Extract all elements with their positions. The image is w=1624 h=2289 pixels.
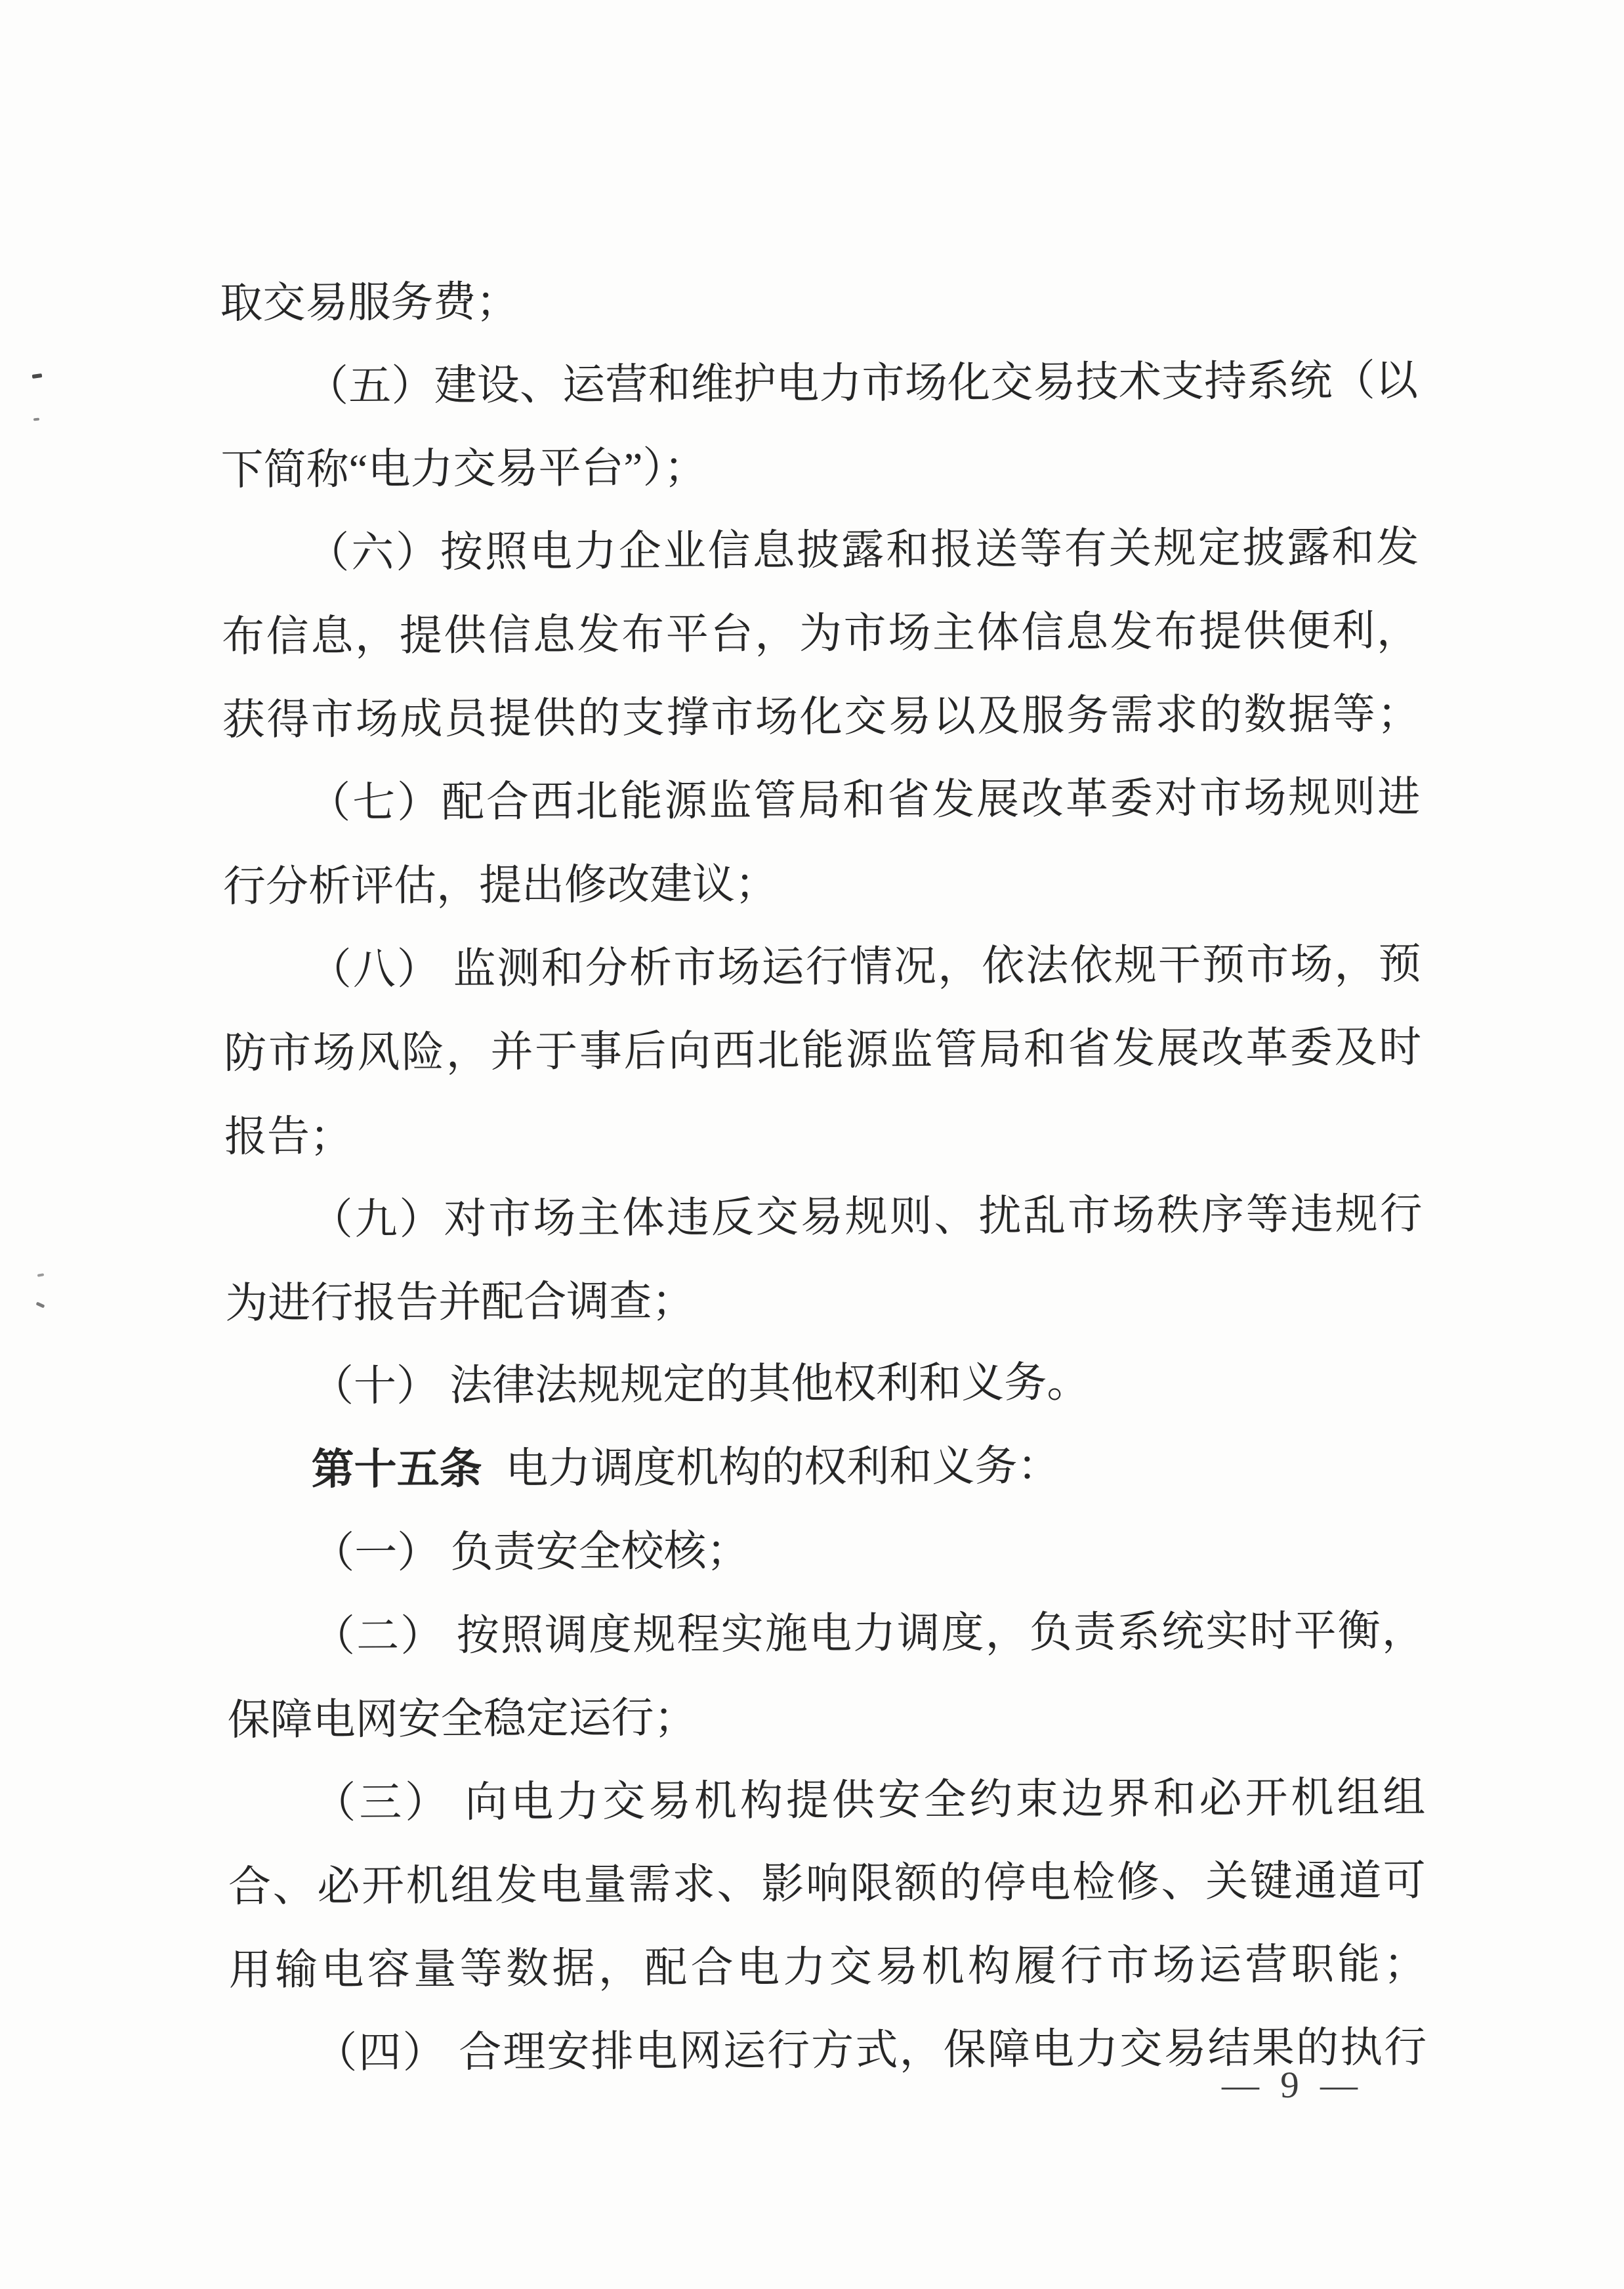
- text-line: （八） 监测和分析市场运行情况，依法依规干预市场，预: [223, 923, 1421, 1013]
- text-run: （五）建设、运营和维护电力市场化交易技术支持系统（以: [306, 357, 1418, 410]
- margin-mark: [37, 1273, 45, 1277]
- text-line: 下简称“电力交易平台”）；: [220, 423, 1419, 513]
- text-line: （九）对市场主体违反交易规则、扰乱市场秩序等违规行: [224, 1173, 1423, 1263]
- text-line: （一） 负责安全校核；: [226, 1506, 1425, 1596]
- text-run: （十） 法律法规规定的其他权利和义务。: [311, 1359, 1090, 1410]
- text-line: （二） 按照调度规程实施电力调度，负责系统实时平衡，: [227, 1589, 1425, 1679]
- text-line: 防市场风险，并于事后向西北能源监管局和省发展改革委及时: [224, 1006, 1422, 1096]
- text-line: 获得市场成员提供的支撑市场化交易以及服务需求的数据等；: [222, 673, 1420, 763]
- text-line: 用输电容量等数据，配合电力交易机构履行市场运营职能；: [228, 1923, 1426, 2013]
- text-line: （六）按照电力企业信息披露和报送等有关规定披露和发: [221, 506, 1419, 596]
- text-line: （五）建设、运营和维护电力市场化交易技术支持系统（以: [220, 339, 1419, 429]
- text-line: 行分析评估，提出修改建议；: [223, 839, 1421, 929]
- text-run: 获得市场成员提供的支撑市场化交易以及服务需求的数据等；: [222, 690, 1419, 744]
- text-run: 合、必开机组发电量需求、影响限额的停电检修、关键通道可: [228, 1857, 1426, 1911]
- text-line: （三） 向电力交易机构提供安全约束边界和必开机组组: [228, 1756, 1426, 1846]
- margin-mark: [36, 1301, 45, 1308]
- text-line: 合、必开机组发电量需求、影响限额的停电检修、关键通道可: [228, 1839, 1426, 1929]
- text-run: （三） 向电力交易机构提供安全约束边界和必开机组组: [313, 1774, 1425, 1827]
- text-run: （二） 按照调度规程实施电力调度，负责系统实时平衡，: [312, 1607, 1425, 1660]
- text-line: 布信息，提供信息发布平台，为市场主体信息发布提供便利，: [222, 589, 1420, 679]
- text-run: 保障电网安全稳定运行；: [227, 1694, 696, 1744]
- text-run: （一） 负责安全校核；: [312, 1528, 749, 1577]
- document-page: 取交易服务费；（五）建设、运营和维护电力市场化交易技术支持系统（以下简称“电力交…: [0, 0, 1624, 2289]
- text-run: 布信息，提供信息发布平台，为市场主体信息发布提供便利，: [222, 607, 1419, 661]
- text-run: 报告；: [224, 1113, 352, 1161]
- text-line: （十） 法律法规规定的其他权利和义务。: [226, 1339, 1424, 1429]
- document-body: 取交易服务费；（五）建设、运营和维护电力市场化交易技术支持系统（以下简称“电力交…: [220, 256, 1427, 2096]
- text-run: （六）按照电力企业信息披露和报送等有关规定披露和发: [306, 524, 1419, 577]
- text-run: （七）配合西北能源监管局和省发展改革委对市场规则进: [308, 774, 1420, 827]
- text-run: 取交易服务费；: [220, 279, 518, 327]
- text-line: 取交易服务费；: [220, 256, 1418, 346]
- text-line: （七）配合西北能源监管局和省发展改革委对市场规则进: [222, 756, 1421, 846]
- article-number: 第十五条: [311, 1446, 482, 1494]
- text-line: 报告；: [224, 1089, 1423, 1179]
- text-run: （八） 监测和分析市场运行情况，依法依规干预市场，预: [308, 940, 1421, 994]
- text-run: 下简称“电力交易平台”）；: [220, 444, 707, 494]
- text-line: 保障电网安全稳定运行；: [227, 1673, 1425, 1763]
- margin-mark: [32, 373, 43, 379]
- text-run: 为进行报告并配合调查；: [225, 1278, 694, 1328]
- margin-mark: [33, 418, 39, 421]
- text-run: 电力调度机构的权利和义务：: [505, 1442, 1060, 1492]
- text-line: 为进行报告并配合调查；: [225, 1256, 1423, 1346]
- text-run: （九）对市场主体违反交易规则、扰乱市场秩序等违规行: [310, 1190, 1422, 1244]
- text-run: 用输电容量等数据，配合电力交易机构履行市场运营职能；: [228, 1941, 1426, 1994]
- text-run: 行分析评估，提出修改建议；: [223, 861, 778, 911]
- text-line: 第十五条电力调度机构的权利和义务：: [226, 1423, 1424, 1513]
- page-number: — 9 —: [1222, 2066, 1364, 2105]
- text-run: 防市场风险，并于事后向西北能源监管局和省发展改革委及时: [224, 1024, 1421, 1078]
